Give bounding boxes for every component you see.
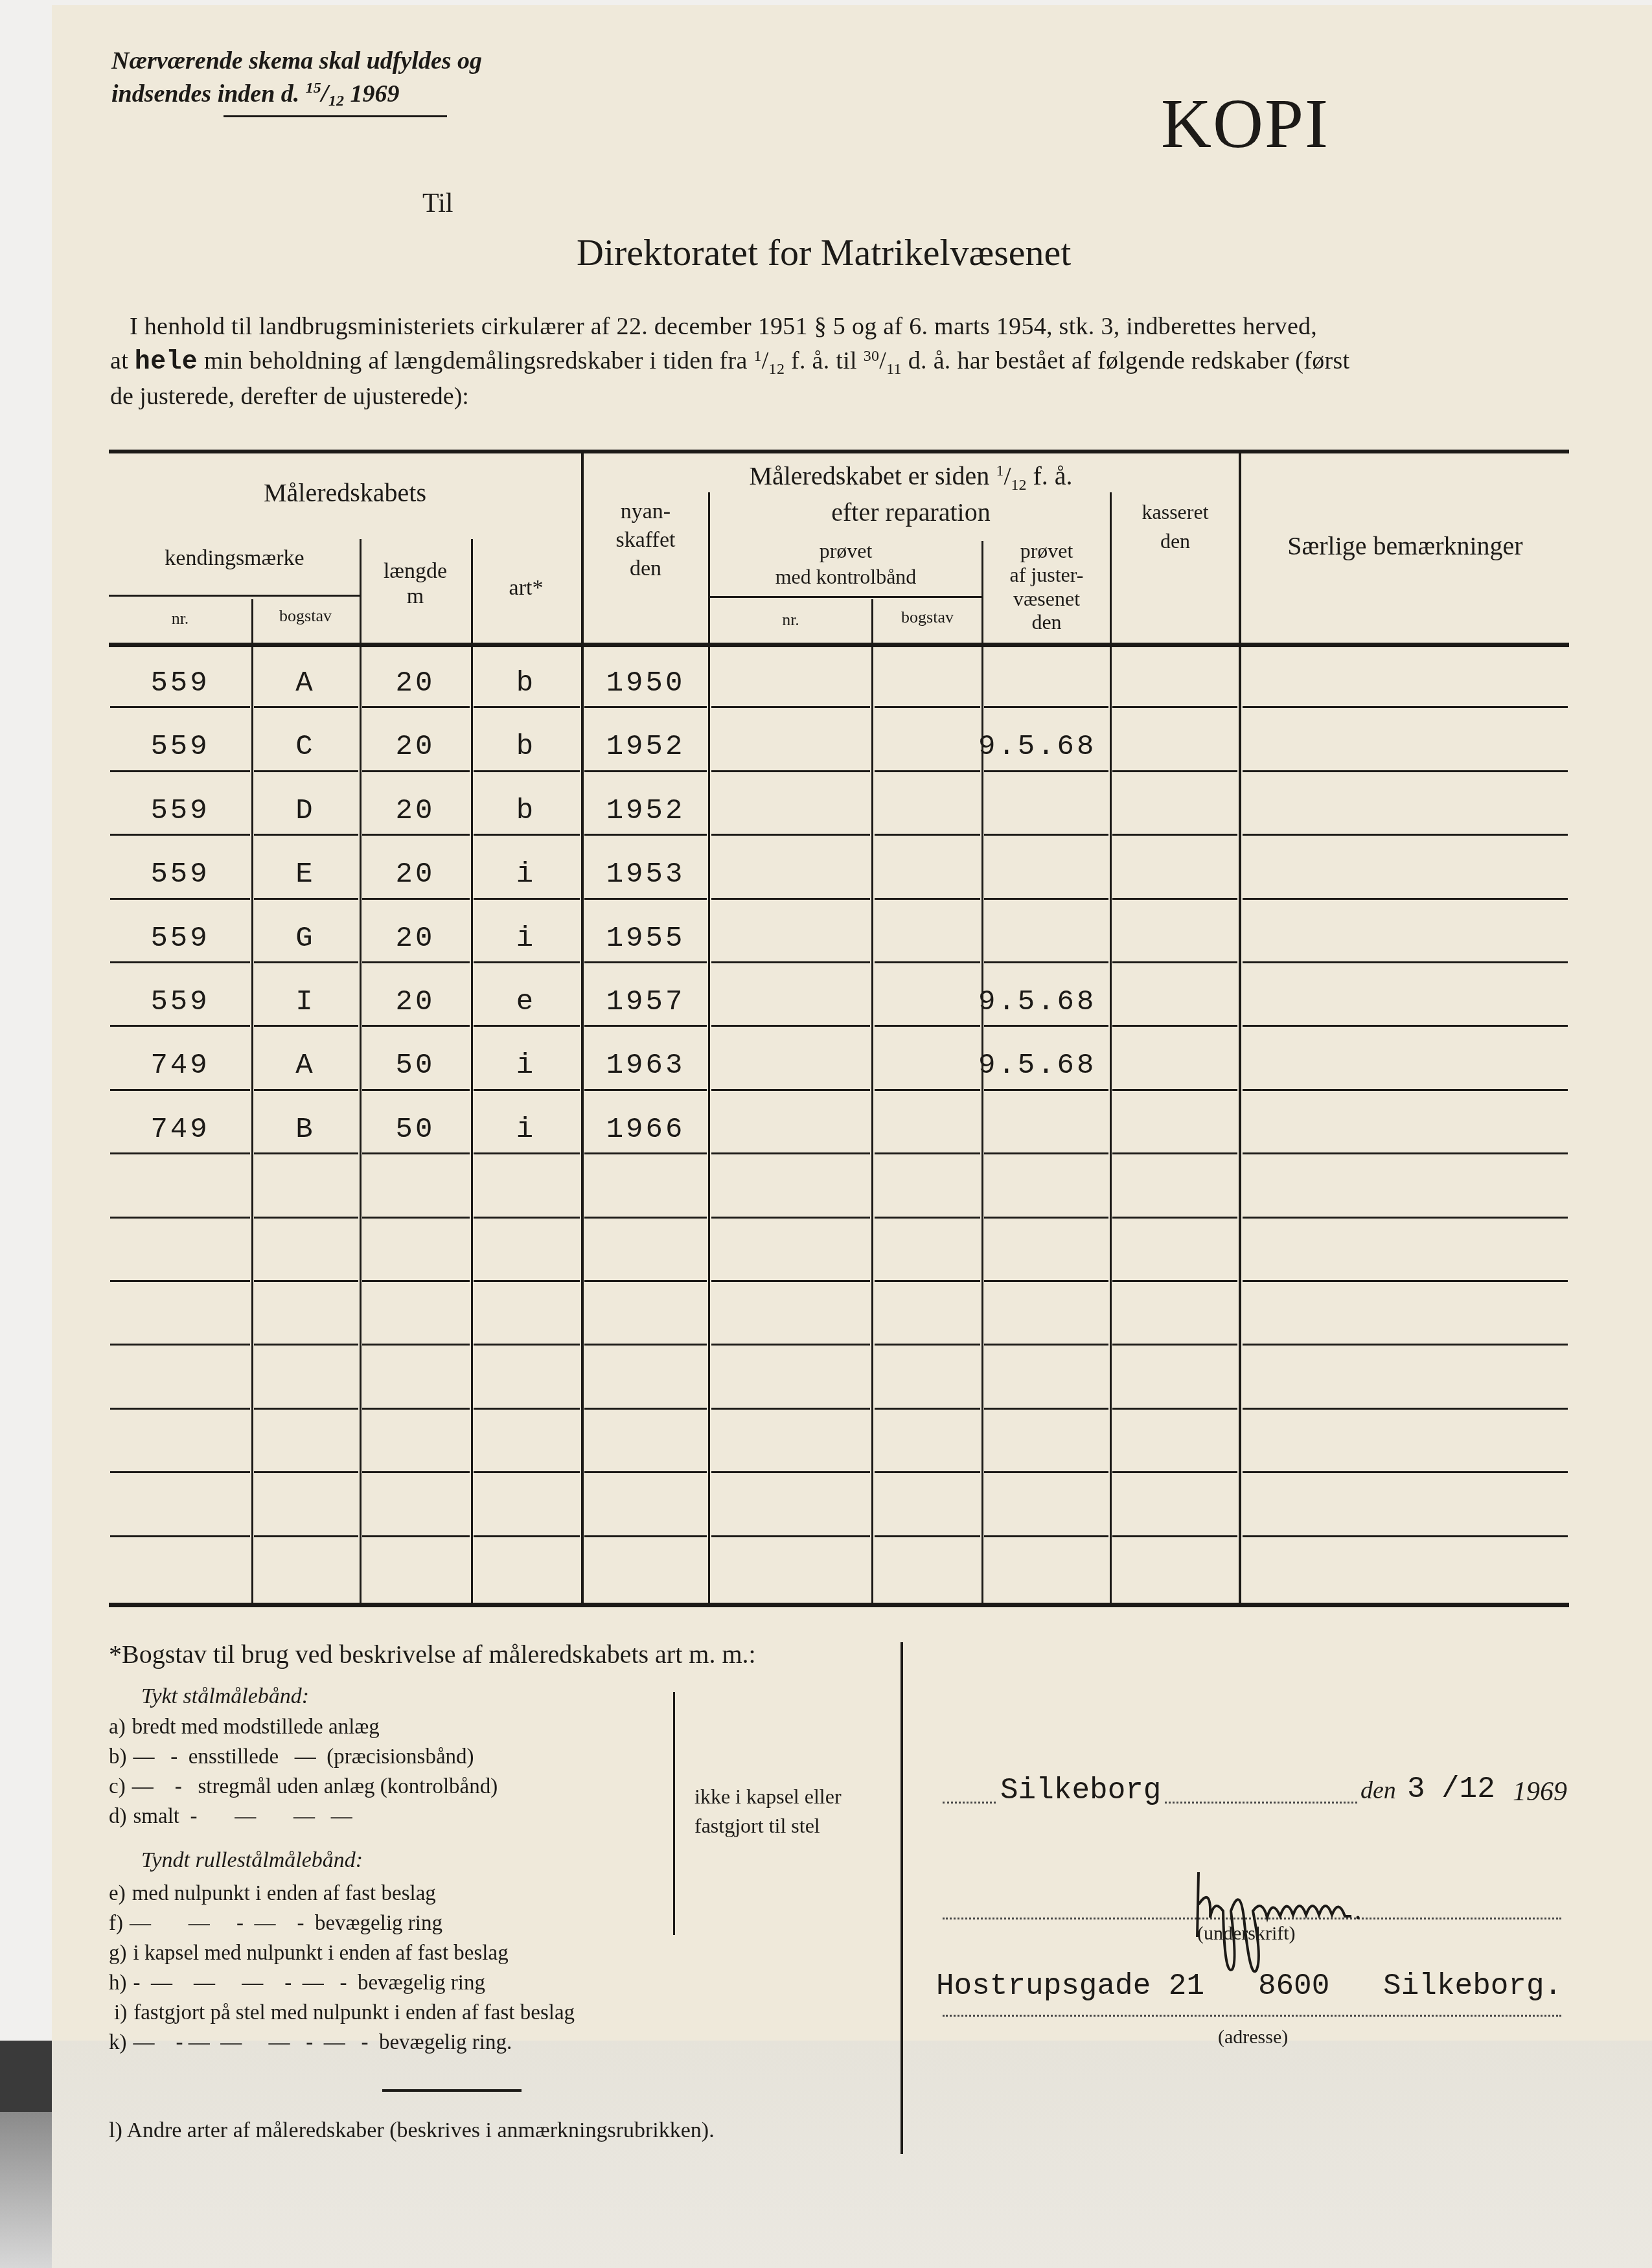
legend-title: *Bogstav til brug ved beskrivelse af mål… bbox=[109, 1639, 756, 1669]
cell-justervaesenet[interactable] bbox=[978, 922, 1108, 957]
cell-nyanskaffet[interactable]: 1952 bbox=[583, 731, 708, 766]
row-separator bbox=[1112, 1280, 1237, 1282]
legend-item: h)- — — — - — - bevægelig ring bbox=[109, 1971, 485, 1995]
cell-bogstav[interactable]: I bbox=[251, 986, 360, 1021]
cell-kasseret[interactable] bbox=[1112, 858, 1239, 893]
cell-laengde[interactable]: 50 bbox=[360, 1114, 471, 1149]
header-provet-justervaesenet: prøvet af juster- væsenet den bbox=[983, 539, 1110, 634]
legend-item: b)— - ensstillede — (præcisionsbånd) bbox=[109, 1745, 474, 1769]
row-separator bbox=[584, 834, 707, 836]
header-group2-num: 1 bbox=[996, 463, 1004, 479]
row-separator bbox=[474, 1535, 580, 1537]
header-kasseret: kasseret den bbox=[1112, 498, 1239, 556]
row-separator bbox=[254, 1535, 358, 1537]
cell-bogstav[interactable]: A bbox=[251, 1049, 360, 1084]
intro-text: d. å. har bestået af følgende redskaber … bbox=[908, 347, 1350, 374]
kopi-stamp: KOPI bbox=[1161, 84, 1329, 165]
cell-bogstav[interactable]: A bbox=[251, 667, 360, 702]
cell-nr[interactable]: 559 bbox=[109, 922, 251, 957]
cell-kontrol-nr[interactable] bbox=[710, 986, 871, 1021]
row-separator bbox=[1243, 1217, 1568, 1219]
cell-nr[interactable]: 559 bbox=[109, 731, 251, 766]
row-separator bbox=[110, 1471, 250, 1473]
cell-bemaerkninger[interactable] bbox=[1241, 986, 1569, 1021]
cell-bogstav[interactable]: E bbox=[251, 858, 360, 893]
row-separator bbox=[110, 898, 250, 900]
header-kasseret-line: den bbox=[1112, 527, 1239, 556]
legend-text: smalt - — — — bbox=[133, 1805, 352, 1828]
cell-laengde[interactable]: 50 bbox=[360, 1049, 471, 1084]
row-separator bbox=[1243, 834, 1568, 836]
row-separator bbox=[711, 961, 870, 963]
row-separator bbox=[875, 1344, 980, 1346]
cell-laengde[interactable]: 20 bbox=[360, 922, 471, 957]
row-separator bbox=[711, 1344, 870, 1346]
row-separator bbox=[711, 898, 870, 900]
row-separator bbox=[711, 1025, 870, 1027]
row-separator bbox=[584, 1217, 707, 1219]
table-bottom-border bbox=[109, 1603, 1569, 1607]
deadline-year: 1969 bbox=[350, 80, 399, 108]
header-bogstav: bogstav bbox=[251, 606, 360, 626]
row-separator bbox=[254, 770, 358, 772]
bracket-note-1: ikke i kapsel eller bbox=[694, 1785, 842, 1809]
row-separator bbox=[875, 1217, 980, 1219]
header-subline bbox=[710, 596, 981, 598]
row-separator bbox=[984, 1344, 1108, 1346]
cell-kontrol-nr[interactable] bbox=[710, 1114, 871, 1149]
row-separator bbox=[875, 706, 980, 708]
header-art: art* bbox=[471, 575, 581, 601]
legend-text: fastgjort på stel med nulpunkt i enden a… bbox=[133, 2001, 575, 2024]
row-separator bbox=[1112, 706, 1237, 708]
row-separator bbox=[1112, 1152, 1237, 1154]
row-separator bbox=[362, 1217, 470, 1219]
cell-art[interactable]: i bbox=[471, 858, 581, 893]
row-separator bbox=[1112, 1344, 1237, 1346]
cell-nyanskaffet[interactable]: 1952 bbox=[583, 795, 708, 830]
row-separator bbox=[584, 1152, 707, 1154]
address-field[interactable]: Hostrupsgade 21 8600 Silkeborg. bbox=[936, 1969, 1562, 2003]
row-separator bbox=[474, 1471, 580, 1473]
row-separator bbox=[110, 770, 250, 772]
recipient-title: Direktoratet for Matrikelvæsenet bbox=[577, 231, 1071, 274]
cell-justervaesenet[interactable]: 9.5.68 bbox=[978, 1049, 1108, 1084]
cell-kontrol-nr[interactable] bbox=[710, 922, 871, 957]
row-separator bbox=[110, 961, 250, 963]
row-separator bbox=[110, 1408, 250, 1410]
deadline-day: 15 bbox=[306, 80, 321, 97]
header-nyanskaffet-line: den bbox=[583, 555, 708, 583]
row-separator bbox=[984, 961, 1108, 963]
row-separator bbox=[1112, 834, 1237, 836]
legend-separator bbox=[382, 2089, 522, 2092]
header-kasseret-line: kasseret bbox=[1112, 498, 1239, 527]
legend-key: e) bbox=[109, 1882, 126, 1905]
legend-key: l) bbox=[109, 2118, 122, 2142]
legend-key: f) bbox=[109, 1912, 123, 1935]
row-separator bbox=[1112, 1535, 1237, 1537]
cell-bogstav[interactable]: C bbox=[251, 731, 360, 766]
cell-kontrol-nr[interactable] bbox=[710, 731, 871, 766]
cell-nyanskaffet[interactable]: 1966 bbox=[583, 1114, 708, 1149]
cell-nyanskaffet[interactable]: 1953 bbox=[583, 858, 708, 893]
row-separator bbox=[254, 1408, 358, 1410]
row-separator bbox=[1112, 1089, 1237, 1091]
legend-item: i)fastgjort på stel med nulpunkt i enden… bbox=[114, 2001, 575, 2025]
row-separator bbox=[362, 834, 470, 836]
row-separator bbox=[1243, 1089, 1568, 1091]
cell-art[interactable]: i bbox=[471, 1049, 581, 1084]
date-month-field[interactable]: /12 bbox=[1441, 1772, 1495, 1806]
row-separator bbox=[711, 1535, 870, 1537]
header-juster-line: væsenet bbox=[983, 587, 1110, 611]
cell-nyanskaffet[interactable]: 1963 bbox=[583, 1049, 708, 1084]
header-provet-kontrolbaand: prøvet med kontrolbånd bbox=[710, 538, 981, 590]
row-separator bbox=[254, 1089, 358, 1091]
row-separator bbox=[875, 1025, 980, 1027]
row-separator bbox=[984, 898, 1108, 900]
cell-bogstav[interactable]: G bbox=[251, 922, 360, 957]
header-group2-text: f. å. bbox=[1033, 461, 1073, 490]
legend-item-other: l) Andre arter af måleredskaber (beskriv… bbox=[109, 2118, 715, 2143]
deadline-prefix: indsendes inden d. bbox=[111, 80, 299, 108]
cell-justervaesenet[interactable] bbox=[978, 667, 1108, 702]
legend-key: c) bbox=[109, 1775, 126, 1798]
row-separator bbox=[875, 898, 980, 900]
row-separator bbox=[711, 1152, 870, 1154]
row-separator bbox=[584, 1089, 707, 1091]
legend-text: — — - — - bevægelig ring bbox=[130, 1912, 442, 1935]
row-separator bbox=[984, 1152, 1108, 1154]
row-separator bbox=[584, 706, 707, 708]
row-separator bbox=[584, 1471, 707, 1473]
header-juster-line: af juster- bbox=[983, 563, 1110, 587]
from-num: 1 bbox=[753, 348, 761, 365]
intro-text: f. å. til bbox=[791, 347, 857, 374]
scan-edge-grey bbox=[0, 2112, 52, 2268]
row-separator bbox=[584, 961, 707, 963]
cell-kasseret[interactable] bbox=[1112, 1114, 1239, 1149]
legend-section-1-title: Tykt stålmålebånd: bbox=[141, 1684, 309, 1709]
row-separator bbox=[362, 961, 470, 963]
cell-kontrol-nr[interactable] bbox=[710, 795, 871, 830]
row-separator bbox=[1243, 1471, 1568, 1473]
cell-nr[interactable]: 559 bbox=[109, 667, 251, 702]
row-separator bbox=[254, 1152, 358, 1154]
cell-nr[interactable]: 559 bbox=[109, 858, 251, 893]
header-laengde: længde m bbox=[360, 558, 471, 609]
cell-nr[interactable]: 559 bbox=[109, 986, 251, 1021]
header-laengde-unit: m bbox=[360, 584, 471, 609]
cell-kasseret[interactable] bbox=[1112, 795, 1239, 830]
row-separator bbox=[110, 1280, 250, 1282]
cell-justervaesenet[interactable]: 9.5.68 bbox=[978, 986, 1108, 1021]
row-separator bbox=[110, 1089, 250, 1091]
cell-kontrol-bogstav[interactable] bbox=[873, 795, 981, 830]
cell-art[interactable]: b bbox=[471, 795, 581, 830]
cell-kontrol-bogstav[interactable] bbox=[873, 667, 981, 702]
row-separator bbox=[1112, 1217, 1237, 1219]
row-separator bbox=[474, 1152, 580, 1154]
row-separator bbox=[711, 1089, 870, 1091]
row-separator bbox=[110, 1025, 250, 1027]
cell-kasseret[interactable] bbox=[1112, 667, 1239, 702]
row-separator bbox=[984, 1280, 1108, 1282]
legend-text: med nulpunkt i enden af fast beslag bbox=[132, 1882, 436, 1905]
row-separator bbox=[984, 706, 1108, 708]
legend-item: k)— - — — — - — - bevægelig ring. bbox=[109, 2031, 512, 2055]
cell-bemaerkninger[interactable] bbox=[1241, 922, 1569, 957]
to-label: Til bbox=[422, 188, 453, 219]
legend-item: d)smalt - — — — bbox=[109, 1805, 352, 1829]
row-separator bbox=[110, 1535, 250, 1537]
legend-key: b) bbox=[109, 1745, 127, 1769]
row-separator bbox=[362, 1152, 470, 1154]
row-separator bbox=[875, 1471, 980, 1473]
legend-text: — - ensstillede — (præcisionsbånd) bbox=[133, 1745, 474, 1769]
row-separator bbox=[254, 898, 358, 900]
cell-kasseret[interactable] bbox=[1112, 986, 1239, 1021]
row-separator bbox=[254, 1471, 358, 1473]
row-separator bbox=[711, 770, 870, 772]
intro-text: at bbox=[110, 347, 128, 374]
legend-text: — - — — — - — - bevægelig ring. bbox=[133, 2031, 512, 2054]
cell-nr[interactable]: 749 bbox=[109, 1114, 251, 1149]
footer-divider bbox=[901, 1642, 903, 2154]
header-provet-nr: nr. bbox=[710, 610, 871, 630]
row-separator bbox=[875, 961, 980, 963]
row-separator bbox=[984, 1408, 1108, 1410]
row-separator bbox=[1243, 1280, 1568, 1282]
cell-kontrol-nr[interactable] bbox=[710, 1049, 871, 1084]
row-separator bbox=[1243, 1344, 1568, 1346]
cell-justervaesenet[interactable]: 9.5.68 bbox=[978, 731, 1108, 766]
intro-line-3: de justerede, derefter de ujusterede): bbox=[110, 382, 469, 411]
legend-item: a)bredt med modstillede anlæg bbox=[109, 1715, 380, 1739]
row-separator bbox=[984, 1025, 1108, 1027]
row-separator bbox=[1243, 770, 1568, 772]
row-separator bbox=[254, 1344, 358, 1346]
cell-bemaerkninger[interactable] bbox=[1241, 795, 1569, 830]
cell-bogstav[interactable]: D bbox=[251, 795, 360, 830]
intro-line-2: at hele min beholdning af længdemålingsr… bbox=[110, 347, 1349, 378]
row-separator bbox=[584, 1025, 707, 1027]
cell-bemaerkninger[interactable] bbox=[1241, 1114, 1569, 1149]
row-separator bbox=[984, 1471, 1108, 1473]
header-nyanskaffet: nyan- skaffet den bbox=[583, 498, 708, 584]
row-separator bbox=[984, 770, 1108, 772]
cell-kontrol-bogstav[interactable] bbox=[873, 1049, 981, 1084]
legend-key: k) bbox=[109, 2031, 127, 2054]
cell-nyanskaffet[interactable]: 1950 bbox=[583, 667, 708, 702]
cell-bemaerkninger[interactable] bbox=[1241, 858, 1569, 893]
row-separator bbox=[362, 706, 470, 708]
cell-laengde[interactable]: 20 bbox=[360, 667, 471, 702]
legend-text: bredt med modstillede anlæg bbox=[132, 1715, 380, 1739]
paper-lower-shadow bbox=[52, 2041, 1652, 2268]
row-separator bbox=[474, 961, 580, 963]
row-separator bbox=[362, 1344, 470, 1346]
row-separator bbox=[984, 1535, 1108, 1537]
header-saerlige-bemaerkninger: Særlige bemærkninger bbox=[1241, 531, 1569, 561]
scan-edge-dark bbox=[0, 2041, 52, 2112]
cell-laengde[interactable]: 20 bbox=[360, 795, 471, 830]
legend-item: c)— - stregmål uden anlæg (kontrolbånd) bbox=[109, 1775, 498, 1799]
bracket-note-2: fastgjort til stel bbox=[694, 1814, 820, 1838]
to-den: 11 bbox=[886, 361, 902, 378]
deadline-month: 12 bbox=[328, 93, 344, 109]
row-separator bbox=[875, 1535, 980, 1537]
row-separator bbox=[984, 834, 1108, 836]
row-separator bbox=[875, 834, 980, 836]
cell-art[interactable]: e bbox=[471, 986, 581, 1021]
legend-key: i) bbox=[114, 2001, 127, 2024]
row-separator bbox=[1112, 1025, 1237, 1027]
row-separator bbox=[474, 1217, 580, 1219]
cell-kontrol-nr[interactable] bbox=[710, 858, 871, 893]
row-separator bbox=[711, 1408, 870, 1410]
cell-art[interactable]: i bbox=[471, 922, 581, 957]
row-separator bbox=[254, 706, 358, 708]
row-separator bbox=[1112, 1471, 1237, 1473]
row-separator bbox=[584, 898, 707, 900]
header-provet-line: prøvet bbox=[710, 538, 981, 564]
cell-nr[interactable]: 559 bbox=[109, 795, 251, 830]
cell-justervaesenet[interactable] bbox=[978, 795, 1108, 830]
row-separator bbox=[362, 1280, 470, 1282]
cell-laengde[interactable]: 20 bbox=[360, 731, 471, 766]
cell-justervaesenet[interactable] bbox=[978, 1114, 1108, 1149]
row-separator bbox=[474, 898, 580, 900]
legend-text: - — — — - — - bevægelig ring bbox=[133, 1971, 486, 1995]
row-separator bbox=[254, 1025, 358, 1027]
cell-nyanskaffet[interactable]: 1955 bbox=[583, 922, 708, 957]
cell-kontrol-bogstav[interactable] bbox=[873, 1114, 981, 1149]
table-header-border bbox=[109, 643, 1569, 647]
cell-kontrol-bogstav[interactable] bbox=[873, 858, 981, 893]
row-separator bbox=[1243, 898, 1568, 900]
row-separator bbox=[110, 1152, 250, 1154]
cell-art[interactable]: b bbox=[471, 667, 581, 702]
row-separator bbox=[474, 770, 580, 772]
cell-laengde[interactable]: 20 bbox=[360, 858, 471, 893]
place-field[interactable]: Silkeborg bbox=[998, 1774, 1164, 1807]
row-separator bbox=[711, 1217, 870, 1219]
header-nyanskaffet-line: skaffet bbox=[583, 526, 708, 555]
row-separator bbox=[362, 898, 470, 900]
cell-art[interactable]: i bbox=[471, 1114, 581, 1149]
row-separator bbox=[1243, 706, 1568, 708]
header-juster-line: prøvet bbox=[983, 539, 1110, 563]
row-separator bbox=[110, 834, 250, 836]
cell-kasseret[interactable] bbox=[1112, 922, 1239, 957]
cell-bemaerkninger[interactable] bbox=[1241, 731, 1569, 766]
row-separator bbox=[362, 1089, 470, 1091]
table-top-border bbox=[109, 450, 1569, 453]
row-separator bbox=[584, 1280, 707, 1282]
date-day-field[interactable]: 3 bbox=[1407, 1772, 1425, 1806]
header-provet-bogstav: bogstav bbox=[873, 608, 981, 627]
row-separator bbox=[474, 1344, 580, 1346]
legend-text: — - stregmål uden anlæg (kontrolbånd) bbox=[132, 1775, 498, 1798]
row-separator bbox=[711, 1280, 870, 1282]
header-nyanskaffet-line: nyan- bbox=[583, 498, 708, 526]
row-separator bbox=[711, 834, 870, 836]
cell-justervaesenet[interactable] bbox=[978, 858, 1108, 893]
signature-label: (underskrift) bbox=[1197, 1923, 1296, 1945]
cell-nyanskaffet[interactable]: 1957 bbox=[583, 986, 708, 1021]
col-divider-thick-2 bbox=[1239, 453, 1241, 1603]
row-separator bbox=[254, 1217, 358, 1219]
cell-kontrol-bogstav[interactable] bbox=[873, 922, 981, 957]
row-separator bbox=[875, 770, 980, 772]
row-separator bbox=[110, 1344, 250, 1346]
row-separator bbox=[1243, 1535, 1568, 1537]
header-nr: nr. bbox=[109, 609, 251, 628]
row-separator bbox=[254, 961, 358, 963]
row-separator bbox=[1112, 898, 1237, 900]
intro-text: min beholdning af længdemålingsredskaber… bbox=[204, 347, 748, 374]
col-divider-thick-1 bbox=[581, 453, 584, 1603]
intro-bold-hele: hele bbox=[135, 348, 198, 377]
cell-kontrol-bogstav[interactable] bbox=[873, 986, 981, 1021]
row-separator bbox=[584, 1408, 707, 1410]
legend-text: i kapsel med nulpunkt i enden af fast be… bbox=[133, 1942, 509, 1965]
row-separator bbox=[1243, 961, 1568, 963]
row-separator bbox=[584, 1535, 707, 1537]
cell-kasseret[interactable] bbox=[1112, 1049, 1239, 1084]
legend-key: g) bbox=[109, 1942, 127, 1965]
legend-key: h) bbox=[109, 1971, 127, 1995]
cell-kontrol-nr[interactable] bbox=[710, 667, 871, 702]
cell-laengde[interactable]: 20 bbox=[360, 986, 471, 1021]
row-separator bbox=[584, 770, 707, 772]
address-label: (adresse) bbox=[1218, 2026, 1288, 2048]
header-maaleredskabets: Måleredskabets bbox=[109, 478, 581, 508]
row-separator bbox=[362, 770, 470, 772]
row-separator bbox=[875, 1152, 980, 1154]
row-separator bbox=[1243, 1152, 1568, 1154]
row-separator bbox=[474, 706, 580, 708]
cell-kasseret[interactable] bbox=[1112, 731, 1239, 766]
row-separator bbox=[474, 1408, 580, 1410]
row-separator bbox=[1112, 770, 1237, 772]
row-separator bbox=[362, 1408, 470, 1410]
legend-item: e)med nulpunkt i enden af fast beslag bbox=[109, 1882, 436, 1906]
legend-key: a) bbox=[109, 1715, 126, 1739]
row-separator bbox=[1243, 1408, 1568, 1410]
cell-kontrol-bogstav[interactable] bbox=[873, 731, 981, 766]
deadline-underline bbox=[224, 115, 447, 117]
cell-bemaerkninger[interactable] bbox=[1241, 667, 1569, 702]
row-separator bbox=[474, 1280, 580, 1282]
date-year-field[interactable]: 1969 bbox=[1513, 1776, 1567, 1807]
cell-art[interactable]: b bbox=[471, 731, 581, 766]
deadline-line-2: indsendes inden d. 15/12 1969 bbox=[111, 78, 399, 110]
row-separator bbox=[1243, 1025, 1568, 1027]
row-separator bbox=[875, 1089, 980, 1091]
row-separator bbox=[711, 706, 870, 708]
cell-nr[interactable]: 749 bbox=[109, 1049, 251, 1084]
legend-bracket bbox=[673, 1692, 675, 1935]
row-separator bbox=[984, 1089, 1108, 1091]
cell-bogstav[interactable]: B bbox=[251, 1114, 360, 1149]
header-group2-den: 12 bbox=[1011, 477, 1027, 494]
row-separator bbox=[474, 1025, 580, 1027]
cell-bemaerkninger[interactable] bbox=[1241, 1049, 1569, 1084]
row-separator bbox=[984, 1217, 1108, 1219]
